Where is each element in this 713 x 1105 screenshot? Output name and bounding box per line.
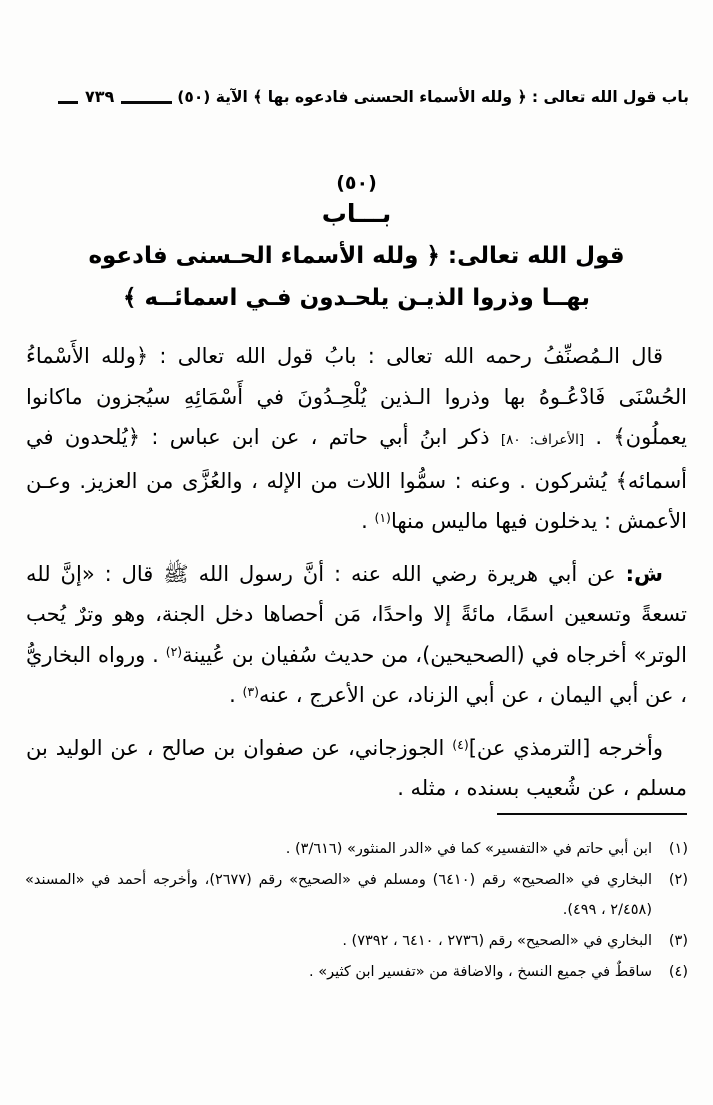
- chapter-heading: (٥٠) بـــاب قول الله تعالى: ﴿ ولله الأسم…: [0, 172, 713, 319]
- book-page: باب قول الله تعالى : ﴿ ولله الأسماء الحس…: [0, 0, 713, 1105]
- footnote: (٣) البخاري في «الصحيح» رقم (٢٧٣٦ ، ٦٤١٠…: [25, 926, 688, 956]
- bab-title: بـــاب: [0, 199, 713, 228]
- footnote-ref-2: (٢): [166, 644, 183, 659]
- footnote-ref-3: (٣): [242, 684, 259, 699]
- body-text: قال الـمُصنِّفُ رحمه الله تعالى : بابُ ق…: [26, 336, 687, 809]
- footnote-ref-4: (٤): [452, 737, 469, 752]
- sharh-marker: ش:: [626, 562, 663, 586]
- footnote-number: (٢): [660, 865, 688, 925]
- running-head-title: باب قول الله تعالى : ﴿ ولله الأسماء الحس…: [177, 84, 689, 110]
- footnote-number: (١): [660, 834, 688, 864]
- footnote-text: ساقطٌ في جميع النسخ ، والاضافة من «تفسير…: [25, 957, 652, 987]
- footnote-text: البخاري في «الصحيح» رقم (٦٤١٠) ومسلم في …: [25, 865, 652, 925]
- chapter-title-line2: بهــا وذروا الذيـن يلحـدون فـي اسمائــه …: [0, 277, 713, 319]
- page-number: ٧٣٩: [83, 84, 116, 110]
- paragraph-takhrij: وأخرجه [الترمذي عن](٤) الجوزجاني، عن صفو…: [26, 728, 687, 809]
- footnote-text: ابن أبي حاتم في «التفسير» كما في «الدر ا…: [25, 834, 652, 864]
- footnote-text: البخاري في «الصحيح» رقم (٢٧٣٦ ، ٦٤١٠ ، ٧…: [25, 926, 652, 956]
- matn-text-3: .: [361, 509, 374, 533]
- footnotes: (١) ابن أبي حاتم في «التفسير» كما في «ال…: [25, 834, 688, 988]
- running-head-rule: [121, 101, 172, 104]
- footnote: (١) ابن أبي حاتم في «التفسير» كما في «ال…: [25, 834, 688, 864]
- footnote-ref-1: (١): [374, 510, 391, 525]
- takhrij-text-1: وأخرجه [الترمذي عن]: [469, 736, 663, 760]
- running-head-dash: [58, 101, 78, 104]
- paragraph-matn: قال الـمُصنِّفُ رحمه الله تعالى : بابُ ق…: [26, 336, 687, 542]
- footnote-number: (٤): [660, 957, 688, 987]
- chapter-title-line1: قول الله تعالى: ﴿ ولله الأسماء الحـسنى ف…: [0, 235, 713, 277]
- footnote: (٢) البخاري في «الصحيح» رقم (٦٤١٠) ومسلم…: [25, 865, 688, 925]
- chapter-number: (٥٠): [0, 172, 713, 194]
- sharh-text-3: .: [229, 683, 242, 707]
- footnote: (٤) ساقطٌ في جميع النسخ ، والاضافة من «ت…: [25, 957, 688, 987]
- paragraph-sharh: ش: عن أبي هريرة رضي الله عنه : أنَّ رسول…: [26, 554, 687, 716]
- footnote-number: (٣): [660, 926, 688, 956]
- verse-reference: [الأعراف: ٨٠]: [501, 432, 584, 448]
- running-head: باب قول الله تعالى : ﴿ ولله الأسماء الحس…: [58, 82, 689, 110]
- footnote-divider: [497, 813, 687, 815]
